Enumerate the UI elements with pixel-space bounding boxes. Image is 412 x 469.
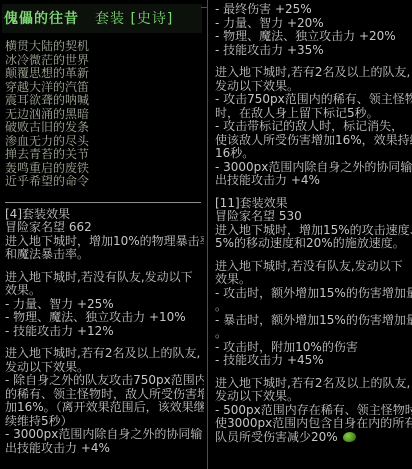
text-line: 破败古旧的发条 <box>5 121 204 135</box>
text-line: - 物理、魔法、独立攻击力 +10% <box>5 311 204 325</box>
right-text-block: - 最终伤害 +25%- 力量、智力 +20%- 物理、魔法、独立攻击力 +20… <box>215 3 412 444</box>
watermark-leaf-icon <box>343 432 356 442</box>
text-line: 发动以下效果。 <box>215 80 412 94</box>
text-line: 进入地下城时,若没有队友,发动以下 <box>215 260 412 274</box>
left-column: 傀儡的往昔套装 [史诗] 横贯大陆的契机冰冷微茫的世界颠覆思想的革新穿越大洋的汽… <box>0 0 207 469</box>
text-line: - 攻击750px范围内的稀有、领主怪物 <box>215 93 412 107</box>
text-line: - 物理、魔法、独立攻击力 +20% <box>215 30 412 44</box>
text-line: 穿越大洋的汽笛 <box>5 81 204 95</box>
text-line: 出技能攻击力 +4% <box>215 174 412 188</box>
text-line: [4]套装效果 <box>5 208 204 222</box>
text-line: - 3000px范围内除自身之外的协同输 <box>5 428 204 442</box>
text-line <box>5 189 204 198</box>
text-line: 渗血无力的尽头 <box>5 135 204 149</box>
text-line: 进入地下城时,若有2名及以上的队友, <box>5 347 204 361</box>
text-line: 5%的移动速度和20%的施放速度。 <box>215 237 412 251</box>
text-line: 发动以下效果。 <box>215 390 412 404</box>
set-type-label: 套装 [史诗] <box>95 11 173 27</box>
text-line: 加16%。（离开效果范围后，该效果继 <box>5 401 204 415</box>
text-line: - 暴击时，额外增加15%的伤害增加量 <box>215 314 412 328</box>
left-text-block: 横贯大陆的契机冰冷微茫的世界颠覆思想的革新穿越大洋的汽笛震耳欲聋的呐喊无边汹涌的… <box>5 40 204 455</box>
column-divider <box>207 0 208 469</box>
text-line: - 技能攻击力 +45% <box>215 354 412 368</box>
text-line: - 攻击时，附加10%的伤害 <box>215 341 412 355</box>
text-line: 时，在敌人身上留下标记5秒。 <box>215 107 412 121</box>
text-line: - 除自身之外的队友攻击750px范围内 <box>5 374 204 388</box>
text-line <box>215 368 412 377</box>
divider-tick <box>201 7 207 8</box>
text-line: [11]套装效果 <box>215 197 412 211</box>
text-line: 进入地下城时,若有2名及以上的队友, <box>215 377 412 391</box>
text-line: - 技能攻击力 +35% <box>215 44 412 58</box>
text-line: 16秒。 <box>215 147 412 161</box>
text-line: - 力量、智力 +20% <box>215 17 412 31</box>
text-line: 进入地下城时，增加15%的攻击速度、1 <box>215 224 412 238</box>
text-line: - 3000px范围内除自身之外的协同输 <box>215 161 412 175</box>
text-line: - 500px范围内存在稀有、领主怪物时, <box>215 404 412 418</box>
text-line <box>215 251 412 260</box>
text-line: 使该敌人所受伤害增加16%，效果持续 <box>215 134 412 148</box>
text-line <box>5 262 204 271</box>
text-line: 。 <box>215 300 412 314</box>
text-line: 效果。 <box>215 273 412 287</box>
text-line: 掸去青苔的关节 <box>5 148 204 162</box>
text-line: 出技能攻击力 +4% <box>5 442 204 456</box>
text-line <box>5 338 204 347</box>
set-name: 傀儡的往昔 <box>4 11 79 27</box>
text-line: 轰鸣重启的废铁 <box>5 162 204 176</box>
text-line: - 力量、智力 +25% <box>5 298 204 312</box>
text-line: 续维持5秒） <box>5 415 204 429</box>
text-line: 横贯大陆的契机 <box>5 40 204 54</box>
text-line: 进入地下城时，增加10%的物理暴击率 <box>5 235 204 249</box>
text-line: 的稀有、领主怪物时，敌人所受伤害增 <box>5 388 204 402</box>
text-line: 近乎希望的命令 <box>5 175 204 189</box>
text-line: - 攻击时，额外增加15%的伤害增加量 <box>215 287 412 301</box>
text-line: 震耳欲聋的呐喊 <box>5 94 204 108</box>
text-line: - 攻击带标记的敌人时，标记消失， <box>215 120 412 134</box>
text-line: 。 <box>215 327 412 341</box>
set-tooltip: 傀儡的往昔套装 [史诗] 横贯大陆的契机冰冷微茫的世界颠覆思想的革新穿越大洋的汽… <box>0 0 412 469</box>
text-line: 无边汹涌的黑暗 <box>5 108 204 122</box>
text-line: - 最终伤害 +25% <box>215 3 412 17</box>
text-line: 使3000px范围内包含自身在内的所有 <box>215 417 412 431</box>
title-bar: 傀儡的往昔套装 [史诗] <box>2 4 202 33</box>
text-line: 颠覆思想的革新 <box>5 67 204 81</box>
text-line: 冒险家名望 530 <box>215 210 412 224</box>
text-line: 队员所受伤害减少20% <box>215 431 412 445</box>
text-line: 冒险家名望 662 <box>5 221 204 235</box>
text-line: - 技能攻击力 +12% <box>5 325 204 339</box>
text-line: 效果。 <box>5 284 204 298</box>
text-line: 冰冷微茫的世界 <box>5 54 204 68</box>
text-line: 进入地下城时,若没有队友,发动以下 <box>5 271 204 285</box>
text-line <box>215 188 412 197</box>
section-separator <box>5 198 204 208</box>
text-line: 进入地下城时,若有2名及以上的队友, <box>215 66 412 80</box>
text-line <box>215 57 412 66</box>
text-line: 和魔法暴击率。 <box>5 248 204 262</box>
right-column: - 最终伤害 +25%- 力量、智力 +20%- 物理、魔法、独立攻击力 +20… <box>208 0 412 469</box>
text-line: 发动以下效果。 <box>5 361 204 375</box>
